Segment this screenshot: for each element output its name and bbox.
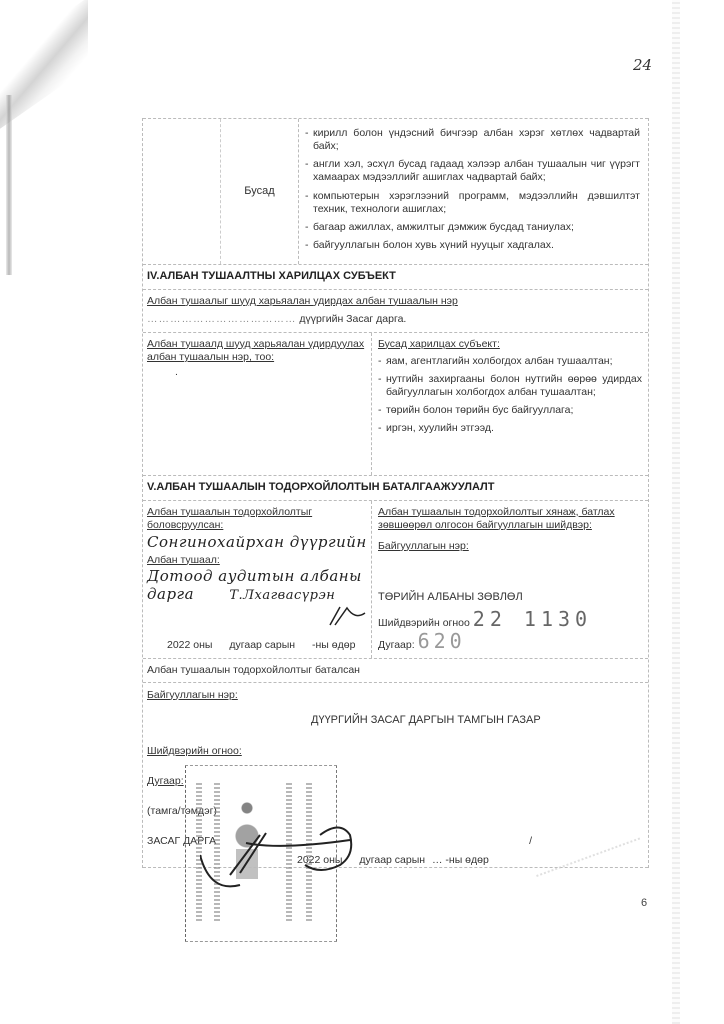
signature-name-handwritten: Т.Лхагвасүрэн [229,588,335,603]
handwritten-page-number: 24 [633,56,652,74]
direct-supervisor-label: Албан тушаалыг шууд харьяалан удирдах ал… [147,295,644,308]
scan-right-edge [672,0,680,1024]
position-label: Албан тушаал: [147,554,367,567]
position-handwritten-line1: Дотоод аудитын албаны [147,567,367,586]
decision-number-stamp: 620 [418,629,466,653]
list-item: багаар ажиллах, амжилтыг дэмжиж бусдад т… [305,221,640,234]
list-item: төрийн болон төрийн бус байгууллага; [378,404,642,417]
list-item: яам, агентлагийн холбогдох албан тушаалт… [378,355,642,368]
other-subjects-cell: Бусад харилцах субъект: яам, агентлагийн… [372,333,648,475]
decision-date-label: Шийдвэрийн огноо [378,617,470,629]
approved-org-value: ДҮҮРГИЙН ЗАСАГ ДАРГЫН ТАМГЫН ГАЗАР [147,714,644,728]
direct-supervisor-block: Албан тушаалыг шууд харьяалан удирдах ал… [143,290,648,333]
org-name-value: ТӨРИЙН АЛБАНЫ ЗӨВЛӨЛ [378,591,523,605]
org-name-label: Байгууллагын нэр: [378,540,642,553]
list-item: кирилл болон үндэсний бичгээр албан хэрэ… [305,127,640,153]
approved-org-label: Байгууллагын нэр: [147,689,644,702]
prepared-by-cell: Албан тушаалын тодорхойлолтыг боловсруул… [143,501,372,658]
job-description-form: Бусад кирилл болон үндэсний бичгээр алба… [142,118,649,868]
governor-label: ЗАСАГ ДАРГА [147,835,216,847]
section-5-title: V.АЛБАН ТУШААЛЫН ТОДОРХОЙЛОЛТЫН БАТАЛГАА… [143,476,648,501]
other-requirements-row: Бусад кирилл болон үндэсний бичгээр алба… [143,118,648,265]
list-item: англи хэл, эсхүл бусад гадаад хэлээр алб… [305,158,640,184]
other-subjects-label: Бусад харилцах субъект: [378,338,642,351]
subordinates-value: . [147,366,367,379]
other-requirements-label: Бусад [221,119,299,264]
approved-label: Албан тушаалын тодорхойлолтыг баталсан [143,659,648,683]
position-handwritten-line2: дарга Т.Лхагвасүрэн [147,585,367,604]
governor-line: ЗАСАГ ДАРГА / [147,835,644,848]
approved-number-label: Дугаар: [147,775,644,788]
section-4-title: IV.АЛБАН ТУШААЛТНЫ ХАРИЛЦАХ СУБЪЕКТ [143,265,648,290]
decision-number-label: Дугаар: [378,639,415,651]
subordinates-and-subjects: Албан тушаалд шууд харьяалан удирдуулах … [143,333,648,476]
scan-left-edge [6,95,12,275]
seal-label: (тамга/тэмдэг) [147,805,644,818]
printed-page-number: 6 [641,897,647,909]
list-item: нутгийн захиргааны болон нутгийн өөрөө у… [378,373,642,399]
prepared-by-label: Албан тушаалын тодорхойлолтыг боловсруул… [147,506,367,532]
other-requirements-list: кирилл болон үндэсний бичгээр албан хэрэ… [299,119,648,264]
subordinates-label: Албан тушаалд шууд харьяалан удирдуулах … [147,338,367,364]
prepared-by-handwritten: Сонгинохайрхан дүүргийн [147,533,367,552]
list-item: иргэн, хуулийн этгээд. [378,422,642,435]
approved-decision-date-label: Шийдвэрийн огноо: [147,745,644,758]
direct-supervisor-dots: ………………………………… [147,313,297,325]
list-item: байгууллагын болон хувь хүний нууцыг хад… [305,239,640,252]
approval-decision-cell: Албан тушаалын тодорхойлолтыг хянаж, бат… [372,501,648,658]
decision-date-stamp: 22 1130 [473,607,592,631]
governor-name-suffix: / [529,835,532,847]
preparation-and-approval: Албан тушаалын тодорхойлолтыг боловсруул… [143,501,648,659]
empty-cell [143,119,221,264]
subordinates-cell: Албан тушаалд шууд харьяалан удирдуулах … [143,333,372,475]
direct-supervisor-value: дүүргийн Засаг дарга. [299,313,406,325]
scan-fold-shadow [0,0,88,129]
prepared-date: 2022 оны дугаар сарын -ны өдөр [147,639,355,652]
decision-number-line: Дугаар: 620 [378,629,466,654]
approval-decision-label: Албан тушаалын тодорхойлолтыг хянаж, бат… [378,506,642,532]
approved-block: Байгууллагын нэр: ДҮҮРГИЙН ЗАСАГ ДАРГЫН … [143,683,648,868]
list-item: компьютерын хэрэглээний программ, мэдээл… [305,190,640,216]
